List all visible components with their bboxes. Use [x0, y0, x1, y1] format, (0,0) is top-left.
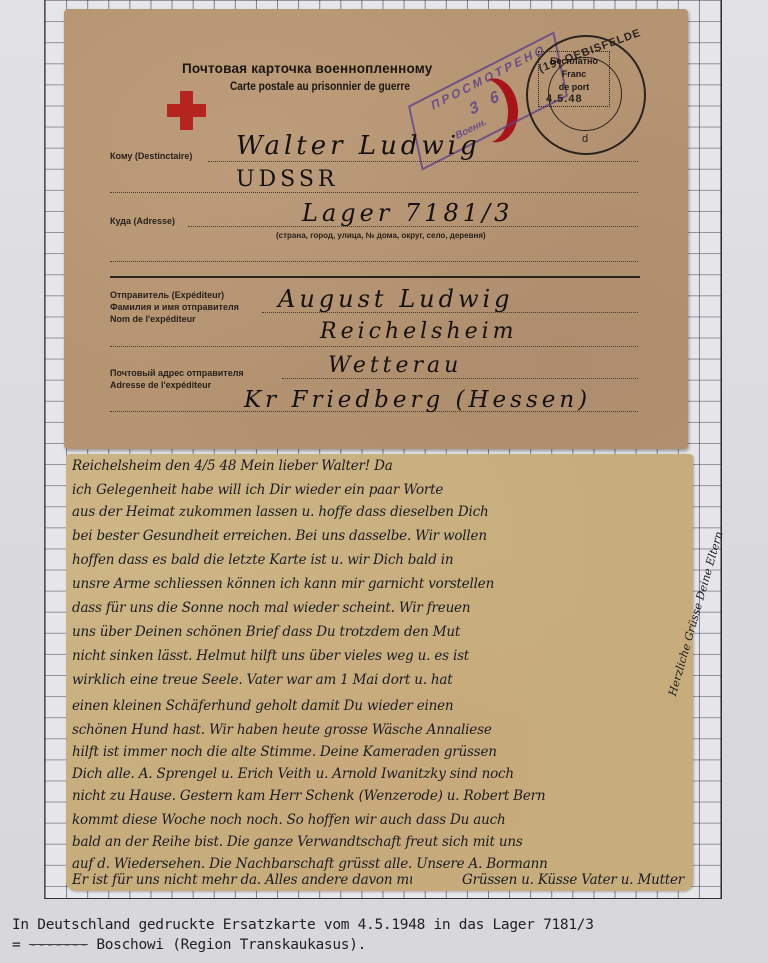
letter-line: nicht zu Hause. Gestern kam Herr Schenk … [72, 788, 692, 804]
franc-line-1: Franc [539, 68, 609, 81]
sender-address-label-2: Adresse de l'expéditeur [110, 379, 211, 391]
letter-line: Er ist für uns nicht mehr da. Alles ande… [72, 872, 412, 888]
sender-value-name: August Ludwig [278, 285, 514, 313]
letter-line: auf d. Wiedersehen. Die Nachbarschaft gr… [72, 856, 692, 872]
letter-line: Reichelsheim den 4/5 48 Mein lieber Walt… [72, 458, 692, 474]
sender-label-1: Отправитель (Expéditeur) [110, 289, 224, 301]
card-title-french: Carte postale au prisonnier de guerre [230, 81, 410, 93]
letter-line: ich Gelegenheit habe will ich Dir wieder… [72, 482, 692, 498]
letter-line: wirklich eine treue Seele. Vater war am … [72, 672, 692, 688]
letter-line: hilft ist immer noch die alte Stimme. De… [72, 744, 692, 760]
letter-line: hoffen dass es bald die letzte Karte ist… [72, 552, 692, 568]
to-line-2 [110, 192, 638, 193]
letter-line: uns über Deinen schönen Brief dass Du tr… [72, 624, 692, 640]
address-value: Lager 7181/3 [302, 199, 513, 227]
sender-address-label-1: Почтовый адрес отправителя [110, 367, 244, 379]
to-label: Кому (Destinctaire) [110, 150, 192, 162]
letter-line: aus der Heimat zukommen lassen u. hoffe … [72, 504, 692, 520]
letter-line: bei bester Gesundheit erreichen. Bei uns… [72, 528, 692, 544]
sender-address-value-1: Wetterau [328, 353, 462, 378]
section-divider [110, 276, 640, 278]
letter-closing: Grüssen u. Küsse Vater u. Mutter [462, 872, 687, 888]
franc-line-ru: Бесплатно [539, 55, 609, 68]
letter-line: kommt diese Woche noch noch. So hoffen w… [72, 812, 692, 828]
postmark-letter: d [582, 133, 588, 145]
sender-address-value-2: Kr Friedberg (Hessen) [244, 387, 591, 413]
letter-line: einen kleinen Schäferhund geholt damit D… [72, 698, 692, 714]
caption-line-2: = ------- Boschowi (Region Transkaukasus… [12, 935, 594, 955]
to-value-country: UDSSR [236, 167, 339, 192]
caption-struck-text: ------- [29, 937, 88, 953]
sender-value-town: Reichelsheim [320, 319, 518, 344]
letter-line: bald an der Reihe bist. Die ganze Verwan… [72, 834, 692, 850]
sender-label-3: Nom de l'expéditeur [110, 313, 196, 325]
caption-line-1: In Deutschland gedruckte Ersatzkarte vom… [12, 915, 594, 935]
sender-line-2 [110, 346, 638, 347]
red-cross-icon [167, 91, 206, 130]
postcard-back-letter: Reichelsheim den 4/5 48 Mein lieber Walt… [66, 454, 693, 891]
address-label: Куда (Adresse) [110, 215, 175, 227]
letter-line: nicht sinken lässt. Helmut hilft uns übe… [72, 648, 692, 664]
album-page: Почтовая карточка военнопленному Carte p… [0, 0, 768, 963]
to-line-1 [208, 161, 638, 162]
letter-line: dass für uns die Sonne noch mal wieder s… [72, 600, 692, 616]
sender-address-line-1 [282, 378, 638, 379]
address-line-2 [110, 261, 638, 262]
letter-line: schönen Hund hast. Wir haben heute gross… [72, 722, 692, 738]
letter-line: unsre Arme schliessen können ich kann mi… [72, 576, 692, 592]
franc-line-2: de port [539, 81, 609, 94]
caption-prefix: = [12, 937, 29, 953]
sender-label-2: Фамилия и имя отправителя [110, 301, 239, 313]
postcard-front: Почтовая карточка военнопленному Carte p… [64, 9, 688, 449]
franc-de-port-box: Бесплатно Franc de port [538, 51, 610, 107]
caption-location: Boschowi (Region Transkaukasus). [88, 937, 366, 953]
address-hint: (страна, город, улица, № дома, округ, се… [276, 231, 486, 240]
card-title-russian: Почтовая карточка военнопленному [182, 61, 433, 76]
to-value-name: Walter Ludwig [236, 131, 481, 161]
album-caption: In Deutschland gedruckte Ersatzkarte vom… [12, 915, 594, 955]
letter-line: Dich alle. A. Sprengel u. Erich Veith u.… [72, 766, 692, 782]
